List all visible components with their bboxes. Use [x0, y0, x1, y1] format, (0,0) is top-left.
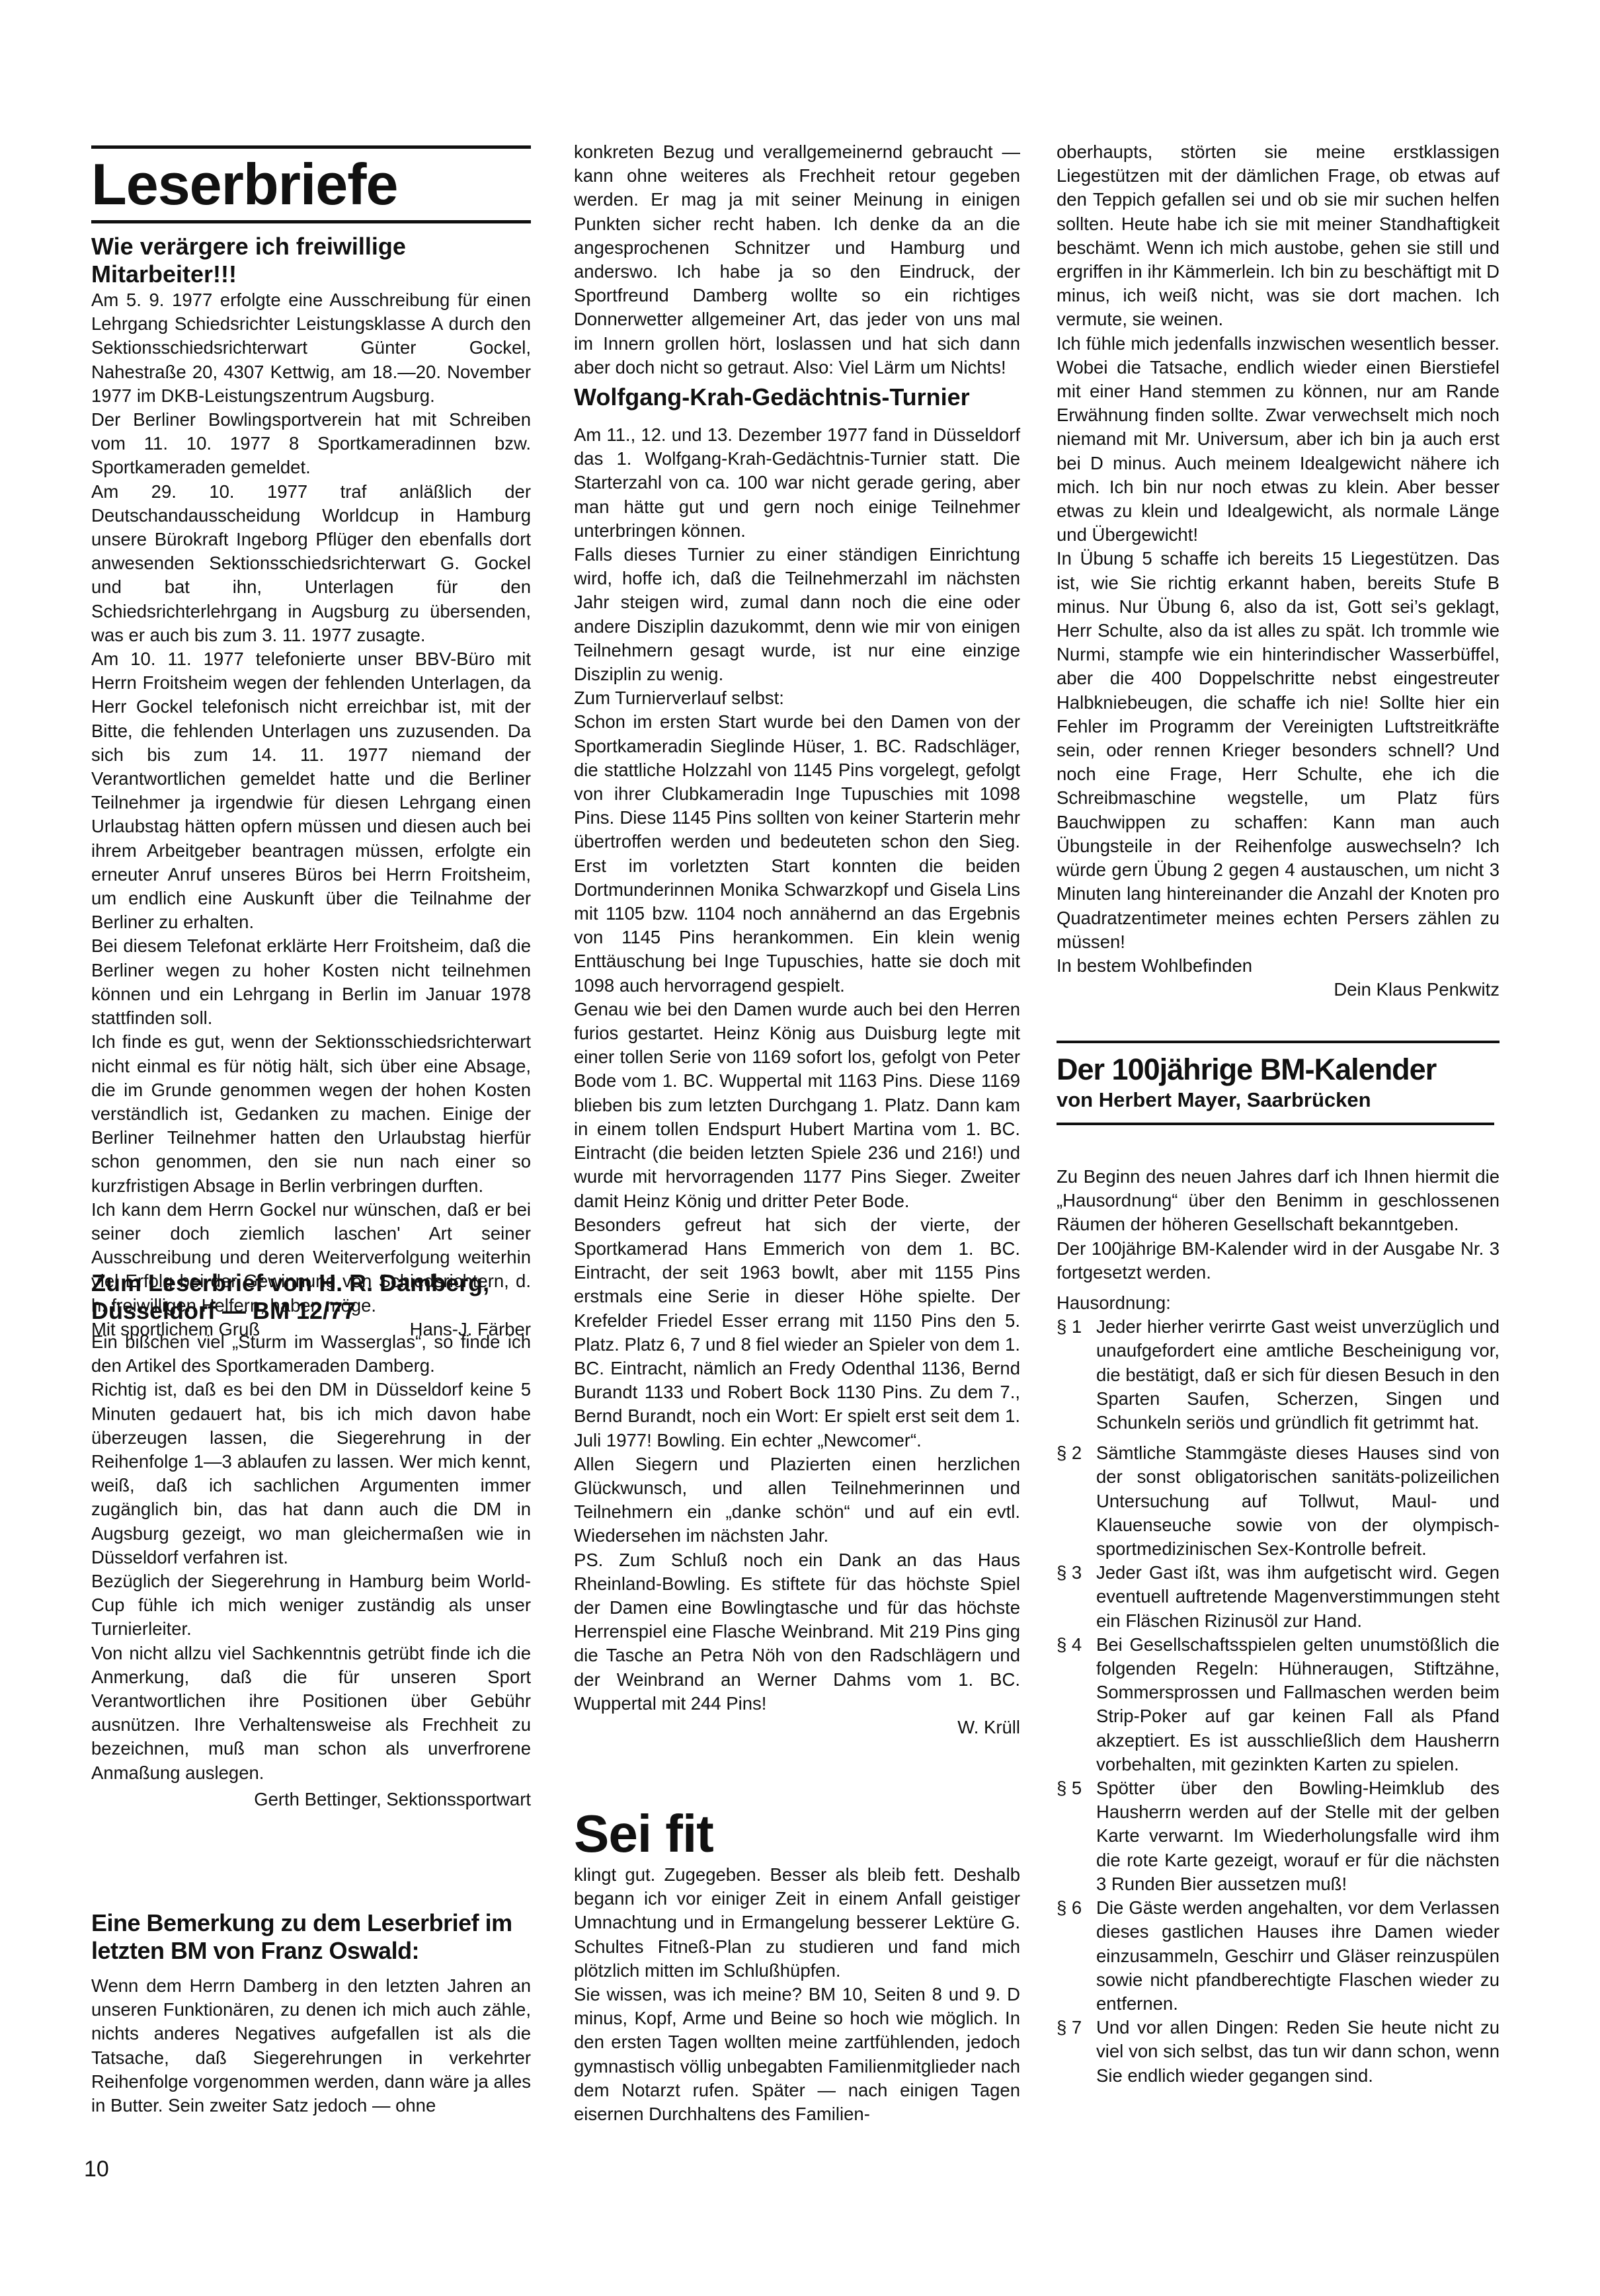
page-number: 10: [84, 2157, 109, 2182]
paragraph: Bei diesem Telefonat erklärte Herr Froit…: [91, 934, 531, 1030]
paragraph: Ich fühle mich jedenfalls inzwischen wes…: [1057, 332, 1500, 547]
article-sei-fit: Sei fit klingt gut. Zugegeben. Besser al…: [574, 1805, 1020, 2126]
paragraph: Der Berliner Bowlingsportverein hat mit …: [91, 408, 531, 480]
article-title: Eine Bemerkung zu dem Leserbrief im letz…: [91, 1909, 531, 1965]
paragraph: PS. Zum Schluß noch ein Dank an das Haus…: [574, 1548, 1020, 1716]
paragraph: In Übung 5 schaffe ich bereits 15 Lieges…: [1057, 547, 1500, 953]
author: W. Krüll: [574, 1716, 1020, 1739]
rule-number: § 3: [1057, 1561, 1096, 1633]
article-byline: von Herbert Mayer, Saarbrücken: [1057, 1087, 1500, 1113]
rules-heading: Hausordnung:: [1057, 1291, 1500, 1315]
article-title: Wolfgang-Krah-Gedächtnis-Turnier: [574, 383, 1020, 411]
rule-number: § 5: [1057, 1776, 1096, 1896]
paragraph: Ein bißchen viel „Sturm im Wasserglas“, …: [91, 1330, 531, 1378]
rule-item: § 2 Sämtliche Stammgäste dieses Hauses s…: [1057, 1441, 1500, 1561]
article-sei-fit-continued: oberhaupts, störten sie meine erstklassi…: [1057, 140, 1500, 1002]
rule-number: § 2: [1057, 1441, 1096, 1561]
rule-text: Sämtliche Stammgäste dieses Hauses sind …: [1096, 1441, 1500, 1561]
paragraph: Allen Siegern und Plazierten einen herzl…: [574, 1452, 1020, 1548]
rule-number: § 4: [1057, 1633, 1096, 1776]
rule-item: § 5 Spötter über den Bowling-Heimklub de…: [1057, 1776, 1500, 1896]
paragraph: Bezüglich der Siegerehrung in Hamburg be…: [91, 1569, 531, 1642]
paragraph: Am 11., 12. und 13. Dezember 1977 fand i…: [574, 423, 1020, 543]
article-title: Der 100jährige BM-Kalender: [1057, 1052, 1500, 1087]
paragraph: Sie wissen, was ich meine? BM 10, Seiten…: [574, 1983, 1020, 2126]
article-volunteers: Wie verärgere ich freiwillige Mitarbeite…: [91, 233, 531, 1341]
rule-text: Jeder Gast ißt, was ihm aufgetischt wird…: [1096, 1561, 1500, 1633]
paragraph: Wenn dem Herrn Damberg in den letzten Ja…: [91, 1974, 531, 2118]
paragraph: Ich finde es gut, wenn der Sektionsschie…: [91, 1030, 531, 1197]
rule-text: Und vor allen Dingen: Reden Sie heute ni…: [1096, 2016, 1500, 2088]
paragraph: konkreten Bezug und verallgemeinernd geb…: [574, 140, 1020, 379]
paragraph: Genau wie bei den Damen wurde auch bei d…: [574, 998, 1020, 1213]
rule-text: Jeder hierher verirrte Gast weist unverz…: [1096, 1315, 1500, 1435]
paragraph: Von nicht allzu viel Sachkenntnis getrüb…: [91, 1642, 531, 1785]
paragraph: Am 29. 10. 1977 traf anläßlich der Deuts…: [91, 480, 531, 647]
rule-number: § 1: [1057, 1315, 1096, 1435]
section-header: Leserbriefe: [91, 145, 531, 223]
rule-text: Spötter über den Bowling-Heimklub des Ha…: [1096, 1776, 1500, 1896]
paragraph: Schon im ersten Start wurde bei den Dame…: [574, 710, 1020, 997]
rule-text: Die Gäste werden angehalten, vor dem Ver…: [1096, 1896, 1500, 2016]
paragraph: oberhaupts, störten sie meine erstklassi…: [1057, 140, 1500, 332]
rule-number: § 7: [1057, 2016, 1096, 2088]
article-title: Sei fit: [574, 1805, 1020, 1863]
author: Dein Klaus Penkwitz: [1057, 978, 1500, 1002]
rule-item: § 1 Jeder hierher verirrte Gast weist un…: [1057, 1315, 1500, 1435]
paragraph: Falls dieses Turnier zu einer ständigen …: [574, 543, 1020, 686]
paragraph: Zum Turnierverlauf selbst:: [574, 686, 1020, 710]
paragraph: Zu Beginn des neuen Jahres darf ich Ihne…: [1057, 1165, 1500, 1237]
paragraph: Am 10. 11. 1977 telefonierte unser BBV-B…: [91, 647, 531, 934]
rule-item: § 6 Die Gäste werden angehalten, vor dem…: [1057, 1896, 1500, 2016]
article-bm-calendar: Der 100jährige BM-Kalender von Herbert M…: [1057, 1041, 1500, 2088]
article-title: Wie verärgere ich freiwillige Mitarbeite…: [91, 233, 531, 288]
rule-item: § 7 Und vor allen Dingen: Reden Sie heut…: [1057, 2016, 1500, 2088]
article-oswald-remark: Eine Bemerkung zu dem Leserbrief im letz…: [91, 1909, 531, 2118]
section-title: Leserbriefe: [91, 153, 531, 216]
paragraph: klingt gut. Zugegeben. Besser als bleib …: [574, 1863, 1020, 1983]
top-rule: [1057, 1041, 1500, 1043]
article-damberg-reply: Zum Leserbrief von H. R. Damberg, Düssel…: [91, 1269, 531, 1811]
rule-item: § 4 Bei Gesellschaftsspielen gelten unum…: [1057, 1633, 1500, 1776]
paragraph: Besonders gefreut hat sich der vierte, d…: [574, 1213, 1020, 1452]
author: Gerth Bettinger, Sektionssportwart: [91, 1788, 531, 1811]
paragraph: Am 5. 9. 1977 erfolgte eine Ausschreibun…: [91, 288, 531, 408]
article-title: Zum Leserbrief von H. R. Damberg, Düssel…: [91, 1269, 531, 1325]
rule-number: § 6: [1057, 1896, 1096, 2016]
paragraph: Richtig ist, daß es bei den DM in Düssel…: [91, 1378, 531, 1569]
article-oswald-continued: konkreten Bezug und verallgemeinernd geb…: [574, 140, 1020, 379]
paragraph: Der 100jährige BM-Kalender wird in der A…: [1057, 1237, 1500, 1285]
top-rule: [91, 145, 531, 149]
rule-item: § 3 Jeder Gast ißt, was ihm aufgetischt …: [1057, 1561, 1500, 1633]
rule-text: Bei Gesellschaftsspielen gelten unumstöß…: [1096, 1633, 1500, 1776]
paragraph: In bestem Wohlbefinden: [1057, 954, 1500, 978]
section-rule: [91, 220, 531, 223]
article-krah-tournament: Wolfgang-Krah-Gedächtnis-Turnier Am 11.,…: [574, 383, 1020, 1739]
